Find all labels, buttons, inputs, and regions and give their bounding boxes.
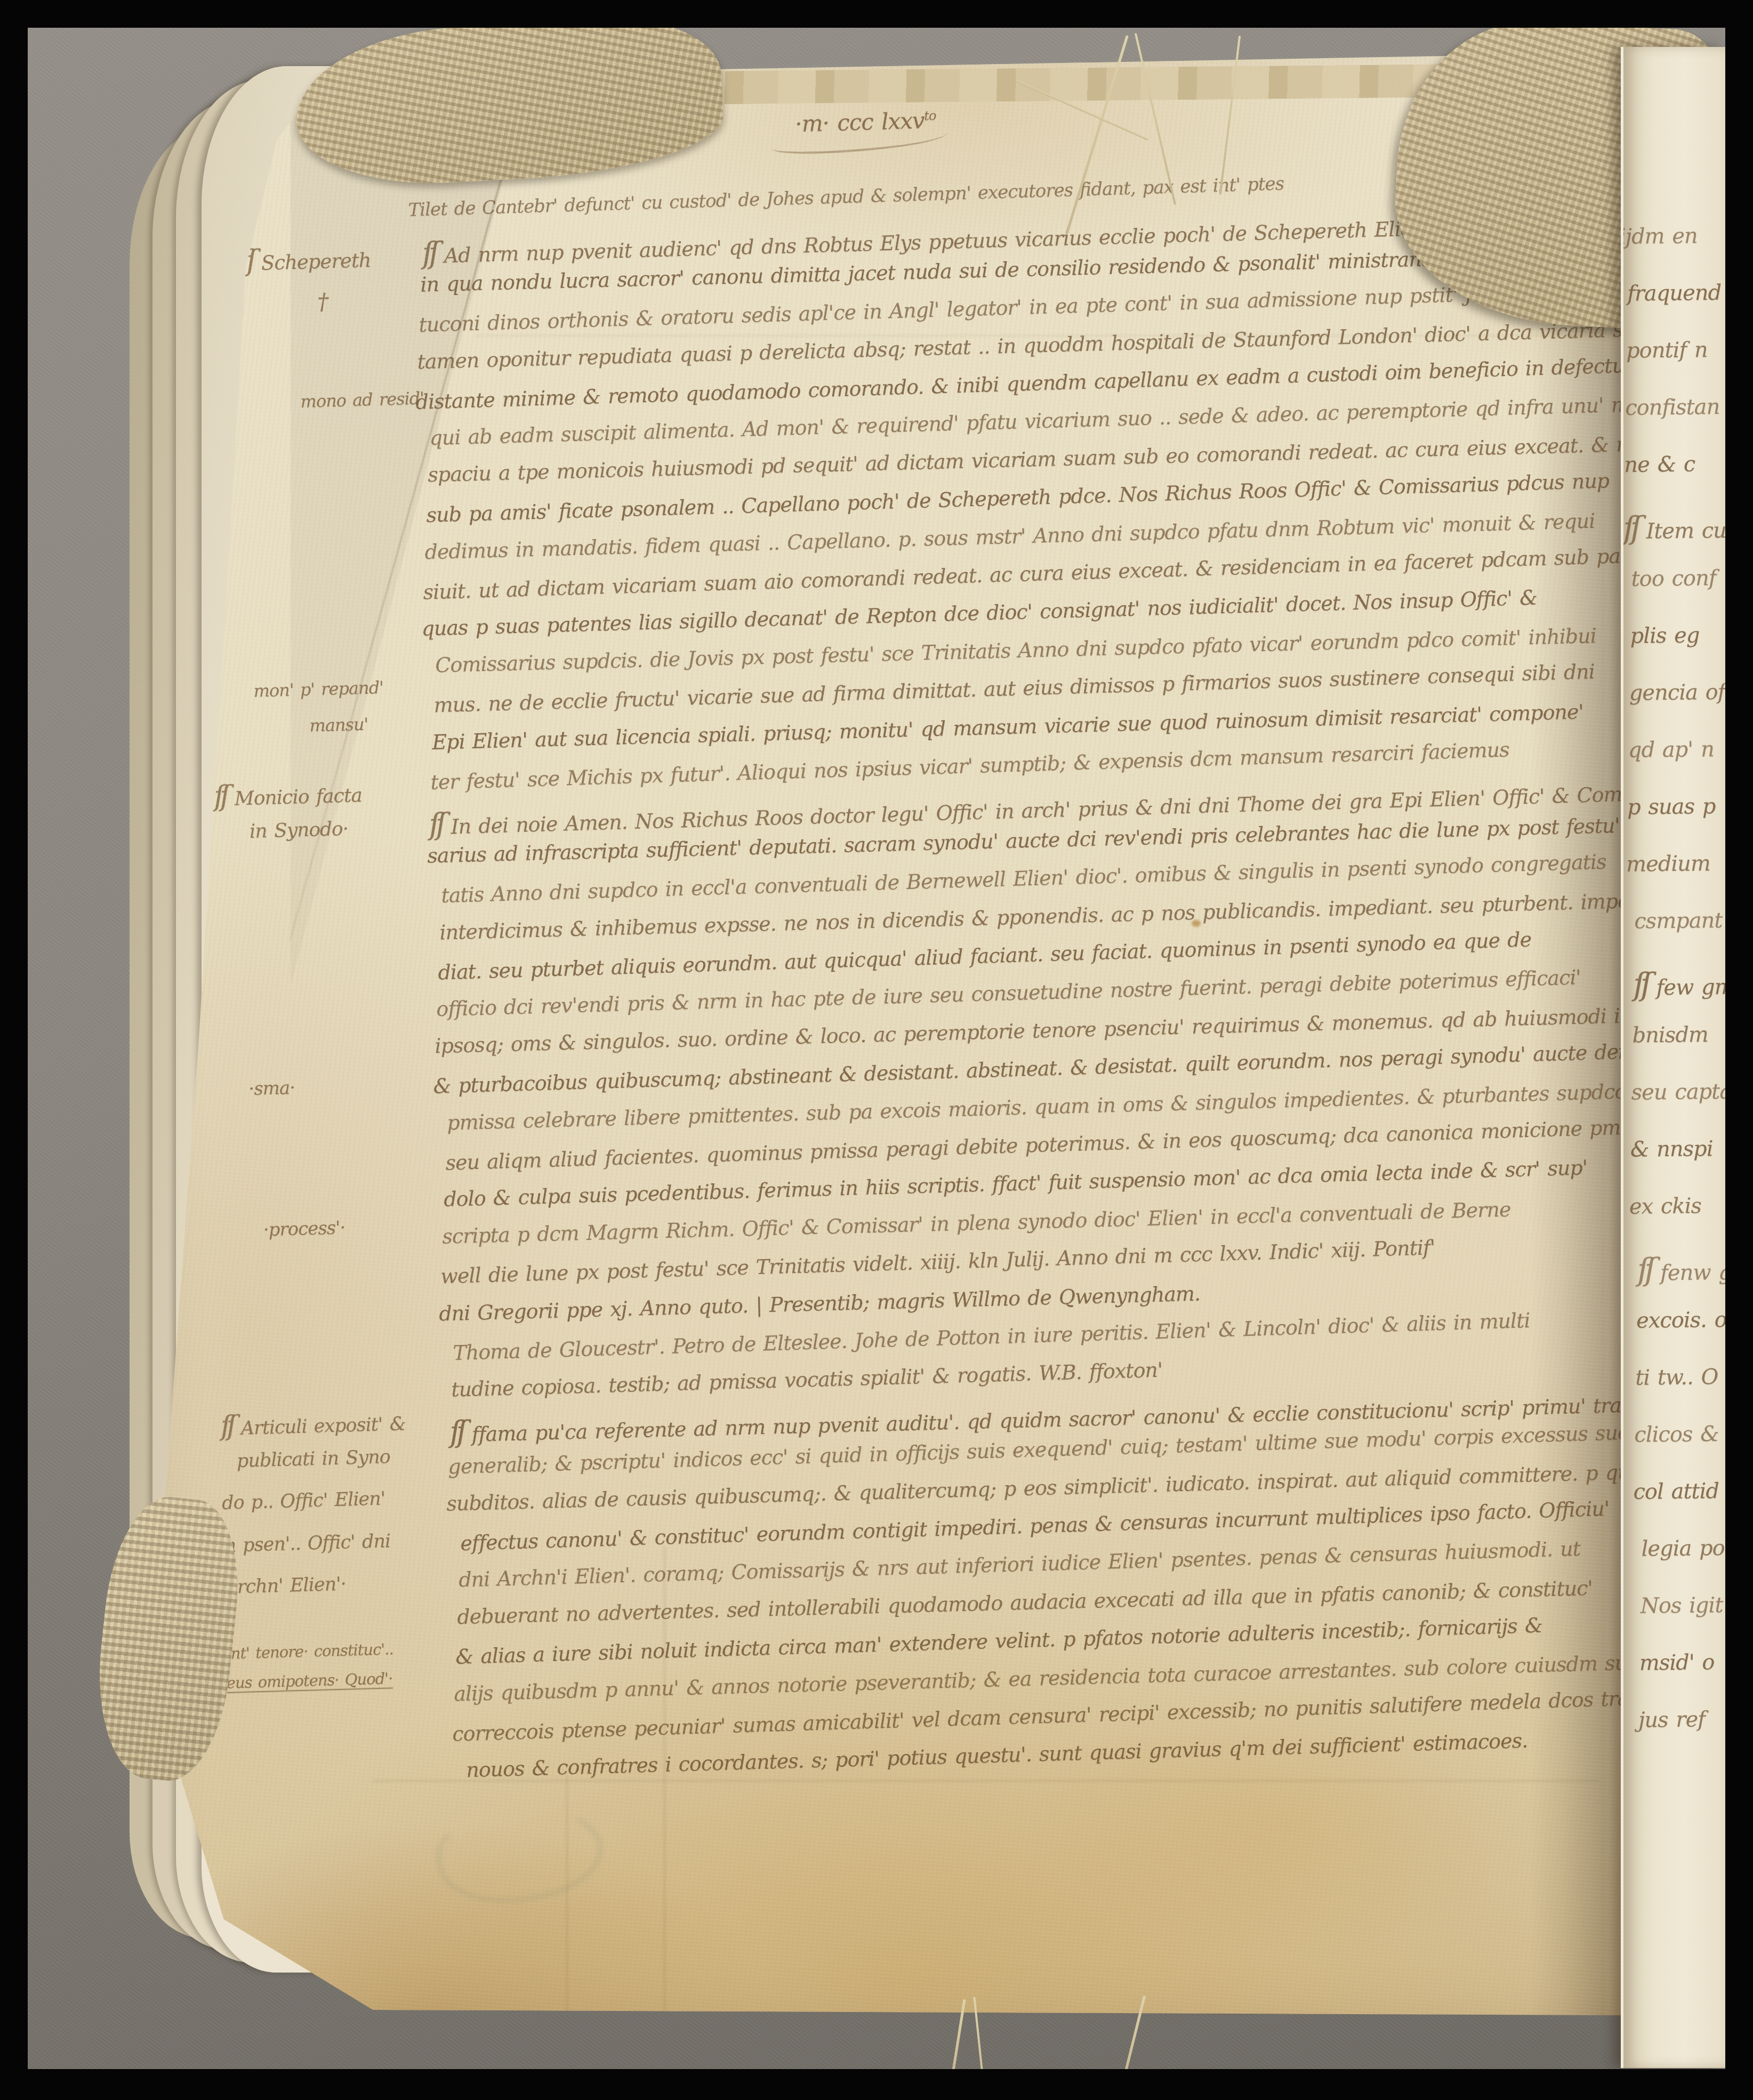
next-folio-text-fragment: ſſfenw gm xyxy=(1637,1251,1725,1288)
next-folio-text-fragment: legia po xyxy=(1641,1536,1725,1561)
frame-left xyxy=(0,0,28,2100)
margin-note: mono ad resid' xyxy=(300,388,424,412)
next-folio-text-fragment: ſſfew gmq xyxy=(1633,965,1725,1003)
margin-note: Deus omipotens· Quod'· xyxy=(214,1669,393,1692)
next-folio-text-fragment: clicos & xyxy=(1634,1422,1719,1447)
next-folio-text-fragment: & nnspi xyxy=(1630,1136,1713,1162)
margin-note: ſſMonicio facta xyxy=(213,776,362,813)
pilcrow-mark: ſſ xyxy=(220,1409,232,1441)
next-folio-text-fragment: pontif n xyxy=(1626,338,1708,363)
margin-note: in psen'.. Offic' dni xyxy=(219,1530,391,1557)
margin-note: cont' tenore· constituc'.. xyxy=(214,1640,394,1663)
next-folio-text-fragment: gencia of xyxy=(1629,680,1725,706)
frame-right xyxy=(1725,0,1753,2100)
manuscript-page: ·m· ccc lxxvto ſſSchepereth†mono ad resi… xyxy=(155,47,1726,2016)
pilcrow-mark: ſſ xyxy=(213,780,226,813)
next-folio-text-fragment: ijdm en xyxy=(1621,223,1698,249)
next-folio-text-fragment: too conf xyxy=(1631,566,1716,591)
next-folio-text-fragment: csmpant xyxy=(1634,908,1723,934)
next-folio-text-fragment: fraquend xyxy=(1627,280,1722,306)
next-folio-text-fragment: plis eg xyxy=(1630,623,1699,648)
text-line: tudine copiosa. testib; ad pmissa vocati… xyxy=(451,1358,1163,1401)
next-folio-text-fragment: col attid xyxy=(1633,1479,1719,1504)
next-folio-text-fragment: jus ref xyxy=(1638,1707,1705,1732)
text-line: Tilet de Cantebr' defunct' cu custod' de… xyxy=(408,173,1284,221)
pilcrow-mark: ſſ xyxy=(449,1414,463,1449)
next-folio-text-fragment: confistan xyxy=(1625,395,1720,420)
margin-note: mansu' xyxy=(309,714,368,736)
margin-note: ſſArticuli exposit' & xyxy=(220,1405,406,1441)
next-folio-text-fragment: p suas p xyxy=(1627,794,1716,820)
text-line: dni Gregorii ppe xj. Anno quto. | Presen… xyxy=(439,1281,1201,1325)
next-folio-text-fragment: Nos igit xyxy=(1641,1593,1723,1618)
margin-note: Archn' Elien'· xyxy=(224,1574,346,1598)
next-folio-text-fragment: excois. o xyxy=(1636,1308,1725,1333)
margin-note: do p.. Offic' Elien' xyxy=(222,1488,385,1514)
pilcrow-mark: ſſ xyxy=(429,807,443,841)
frame-top xyxy=(0,0,1753,28)
frame-bottom xyxy=(0,2069,1753,2100)
next-folio-text-column: ijdm enfraquendpontif nconfistanne & cſſ… xyxy=(1621,47,1725,2068)
next-folio-text-fragment: ne & c xyxy=(1624,452,1695,477)
next-folio-text-fragment: ti tw.. O xyxy=(1635,1365,1718,1390)
next-folio-text-fragment: bnisdm xyxy=(1632,1022,1708,1047)
next-folio-strip: ijdm enfraquendpontif nconfistanne & cſſ… xyxy=(1621,47,1725,2068)
next-folio-text-fragment: medium xyxy=(1626,851,1710,877)
pilcrow-mark: ſſ xyxy=(422,236,436,270)
next-folio-text-fragment: msid' o xyxy=(1639,1650,1715,1675)
margin-note: publicati in Syno xyxy=(236,1446,390,1472)
next-folio-text-fragment: ſſItem cu xyxy=(1623,509,1725,546)
margin-note: ·process'· xyxy=(263,1217,345,1240)
next-folio-text-fragment: ex ckis xyxy=(1629,1193,1701,1219)
margin-note: ·sma· xyxy=(248,1077,295,1100)
folio-number-superscript: to xyxy=(924,108,936,124)
margin-note: † xyxy=(317,288,328,315)
pilcrow-mark: ſſ xyxy=(1637,1251,1652,1287)
margin-note: in Synodo· xyxy=(249,818,348,843)
next-folio-text-fragment: seu capta xyxy=(1631,1079,1725,1105)
margin-note: ſſSchepereth xyxy=(239,240,371,277)
pilcrow-mark: ſſ xyxy=(1623,510,1638,546)
pilcrow-mark: ſſ xyxy=(1633,966,1648,1003)
margin-note: mon' p' repand' xyxy=(253,677,383,701)
next-folio-text-fragment: qd ap' n xyxy=(1628,737,1714,763)
